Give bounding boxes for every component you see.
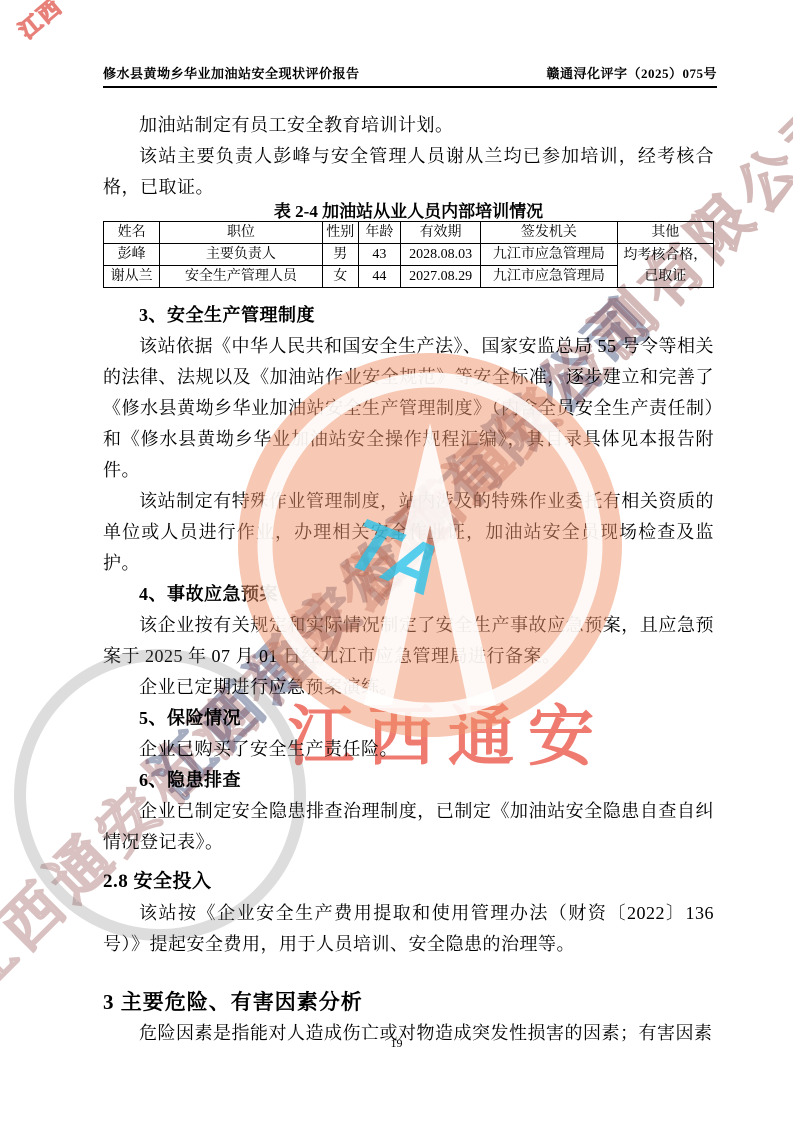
paragraph-special-operations: 该站制定有特殊作业管理制度，站内涉及的特殊作业委托有相关资质的单位或人员进行作业… [103, 486, 714, 579]
table-row: 彭峰 主要负责人 男 43 2028.08.03 九江市应急管理局 均考核合格，… [104, 244, 714, 266]
table-header-cell: 姓名 [104, 222, 160, 244]
paragraph-safety-investment: 该站按《企业安全生产费用提取和使用管理办法（财资〔2022〕136 号）》提起安… [103, 898, 714, 960]
table-cell: 2028.08.03 [400, 244, 480, 266]
table-cell: 彭峰 [104, 244, 160, 266]
paragraph-personnel: 该站主要负责人彭峰与安全管理人员谢从兰均已参加培训，经考核合格，已取证。 [103, 141, 714, 203]
section-heading-hazard-inspection: 6、隐患排查 [103, 765, 714, 796]
paragraph-training-plan: 加油站制定有员工安全教育培训计划。 [103, 110, 714, 141]
paragraph-drill: 企业已定期进行应急预案演练。 [103, 672, 714, 703]
table-cell-merged: 均考核合格，已取证 [617, 244, 713, 288]
table-cell: 九江市应急管理局 [481, 266, 617, 288]
chapter-heading-hazard-analysis: 3 主要危险、有害因素分析 [103, 986, 714, 1018]
table-cell: 女 [322, 266, 358, 288]
paragraph-safety-system: 该站依据《中华人民共和国安全生产法》、国家安监总局 55 号令等相关的法律、法规… [103, 331, 714, 486]
table-header-cell: 性别 [322, 222, 358, 244]
table-cell: 43 [358, 244, 400, 266]
paragraph-hazard-inspection: 企业已制定安全隐患排查治理制度，已制定《加油站安全隐患自查自纠情况登记表》。 [103, 796, 714, 858]
page-number: 19 [0, 1036, 793, 1051]
section-heading-insurance: 5、保险情况 [103, 703, 714, 734]
table-cell: 2027.08.29 [400, 266, 480, 288]
document-page: 江西通安检测有限公司 江西通安检测有限公司 江西通安检测有限公司 江西 江西通安… [0, 0, 793, 1122]
table-cell: 主要负责人 [160, 244, 323, 266]
training-table: 姓名 职位 性别 年龄 有效期 签发机关 其他 彭峰 主要负责人 男 43 20… [103, 221, 714, 288]
header-rule [103, 86, 717, 88]
table-cell: 九江市应急管理局 [481, 244, 617, 266]
section-heading-safety-system: 3、安全生产管理制度 [103, 300, 714, 331]
header-report-title: 修水县黄坳乡华业加油站安全现状评价报告 [103, 63, 360, 82]
corner-watermark-text: 江西 [12, 0, 69, 45]
document-body: 加油站制定有员工安全教育培训计划。 该站主要负责人彭峰与安全管理人员谢从兰均已参… [103, 110, 714, 1049]
paragraph-insurance: 企业已购买了安全生产责任险。 [103, 734, 714, 765]
table-header-cell: 其他 [617, 222, 713, 244]
table-cell: 44 [358, 266, 400, 288]
section-heading-emergency-plan: 4、事故应急预案 [103, 579, 714, 610]
paragraph-emergency-plan: 该企业按有关规定和实际情况制定了安全生产事故应急预案，且应急预案于 2025 年… [103, 610, 714, 672]
table-cell: 男 [322, 244, 358, 266]
header-doc-number: 赣通浔化评字（2025）075号 [546, 63, 717, 82]
table-cell: 安全生产管理人员 [160, 266, 323, 288]
table-cell: 谢从兰 [104, 266, 160, 288]
section-heading-safety-investment: 2.8 安全投入 [103, 866, 714, 898]
